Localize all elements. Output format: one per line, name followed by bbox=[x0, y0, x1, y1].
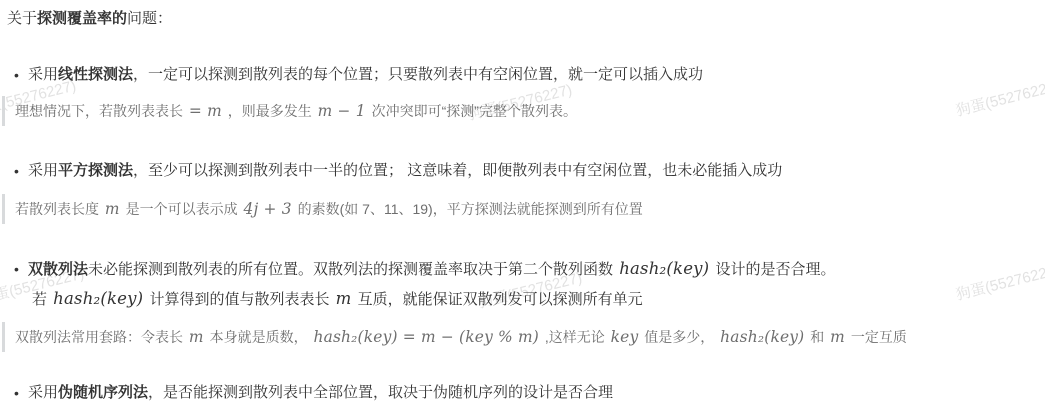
text-segment: 双散列法常用套路：令表长 bbox=[15, 329, 187, 345]
text-segment: 双散列法 bbox=[28, 261, 88, 278]
text-segment: 值是多少， bbox=[640, 329, 718, 345]
text-segment: 采用 bbox=[28, 66, 58, 83]
inline-math: hash₂(key) = m − (key % m) bbox=[311, 328, 541, 346]
inline-math: hash₂(key) bbox=[718, 328, 806, 346]
quote-note-double-hashing: 双散列法常用套路：令表长 m 本身就是质数， hash₂(key) = m − … bbox=[2, 322, 919, 352]
bullet-marker-icon: • bbox=[14, 64, 28, 86]
text-segment: 采用 bbox=[28, 384, 58, 401]
inline-math: hash₂(key) bbox=[617, 259, 711, 278]
quote-note-linear-probing: 理想情况下，若散列表表长 = m ，则最多发生 m − 1 次冲突即可“探测”完… bbox=[2, 96, 589, 126]
bullet-text: 双散列法未必能探测到散列表的所有位置。双散列法的探测覆盖率取决于第二个散列函数 … bbox=[28, 258, 836, 311]
text-segment: 和 bbox=[806, 329, 828, 345]
page-title: 关于探测覆盖率的问题： bbox=[7, 8, 172, 30]
text-segment: 一定互质 bbox=[847, 329, 907, 345]
text-segment: 若 bbox=[32, 291, 51, 308]
text-segment: 若散列表长度 bbox=[15, 201, 103, 217]
text-segment: 未必能探测到散列表的所有位置。双散列法的探测覆盖率取决于第二个散列函数 bbox=[88, 261, 617, 278]
text-segment: 是一个可以表示成 bbox=[122, 201, 242, 217]
text-segment: 伪随机序列法 bbox=[58, 384, 148, 401]
bullet-item-double-hashing: • 双散列法未必能探测到散列表的所有位置。双散列法的探测覆盖率取决于第二个散列函… bbox=[14, 258, 1034, 311]
inline-math: hash₂(key) bbox=[51, 289, 145, 308]
inline-math: = m bbox=[187, 102, 224, 120]
notes-document: 狗蛋(55276227) 狗蛋(55276227) 狗蛋(55276227) 狗… bbox=[0, 0, 1045, 419]
inline-math: m bbox=[334, 289, 354, 308]
bullet-text: 采用线性探测法，一定可以探测到散列表的每个位置；只要散列表中有空闲位置，就一定可… bbox=[28, 64, 703, 86]
bullet-marker-icon: • bbox=[14, 382, 28, 404]
text-segment: 关于 bbox=[7, 10, 37, 27]
text-segment: 次冲突即可“探测”完整个散列表。 bbox=[368, 103, 577, 119]
bullet-text-line-1: 双散列法未必能探测到散列表的所有位置。双散列法的探测覆盖率取决于第二个散列函数 … bbox=[28, 258, 836, 281]
bullet-item-quadratic-probing: • 采用平方探测法，至少可以探测到散列表中一半的位置； 这意味着，即便散列表中有… bbox=[14, 160, 782, 182]
bullet-marker-icon: • bbox=[14, 258, 28, 280]
text-segment: 本身就是质数， bbox=[206, 329, 312, 345]
text-segment: 线性探测法 bbox=[58, 66, 133, 83]
text-segment: ，是否能探测到散列表中全部位置，取决于伪随机序列的设计是否合理 bbox=[148, 384, 613, 401]
quote-note-quadratic-probing: 若散列表长度 m 是一个可以表示成 4j + 3 的素数(如 7、11、19)，… bbox=[2, 194, 655, 224]
text-segment: 采用 bbox=[28, 162, 58, 179]
bullet-item-pseudo-random-sequence: • 采用伪随机序列法，是否能探测到散列表中全部位置，取决于伪随机序列的设计是否合… bbox=[14, 382, 613, 404]
inline-math: m bbox=[187, 328, 206, 346]
inline-math: m bbox=[103, 200, 122, 218]
text-segment: ，一定可以探测到散列表的每个位置；只要散列表中有空闲位置，就一定可以插入成功 bbox=[133, 66, 703, 83]
text-segment: 设计的是否合理。 bbox=[711, 261, 835, 278]
bullet-text-line-2: 若 hash₂(key) 计算得到的值与散列表表长 m 互质，就能保证双散列发可… bbox=[32, 288, 836, 311]
text-segment: 互质，就能保证双散列发可以探测所有单元 bbox=[354, 291, 643, 308]
watermark: 狗蛋(55276227) bbox=[953, 74, 1045, 120]
inline-math: m bbox=[828, 328, 847, 346]
text-segment: 问题： bbox=[127, 10, 172, 27]
text-segment: 的素数(如 7、11、19)，平方探测法就能探测到所有位置 bbox=[294, 201, 643, 217]
text-segment: 平方探测法 bbox=[58, 162, 133, 179]
text-segment: 计算得到的值与散列表表长 bbox=[145, 291, 333, 308]
text-segment: ,这样无论 bbox=[541, 329, 609, 345]
inline-math: key bbox=[609, 328, 641, 346]
inline-math: 4j + 3 bbox=[241, 200, 293, 218]
bullet-text: 采用伪随机序列法，是否能探测到散列表中全部位置，取决于伪随机序列的设计是否合理 bbox=[28, 382, 613, 404]
text-segment: 理想情况下，若散列表表长 bbox=[15, 103, 187, 119]
bullet-marker-icon: • bbox=[14, 160, 28, 182]
text-segment: ，至少可以探测到散列表中一半的位置； 这意味着，即便散列表中有空闲位置，也未必能… bbox=[133, 162, 782, 179]
text-segment: 探测覆盖率的 bbox=[37, 10, 127, 27]
text-segment: ，则最多发生 bbox=[224, 103, 316, 119]
bullet-item-linear-probing: • 采用线性探测法，一定可以探测到散列表的每个位置；只要散列表中有空闲位置，就一… bbox=[14, 64, 703, 86]
inline-math: m − 1 bbox=[316, 102, 368, 120]
bullet-text: 采用平方探测法，至少可以探测到散列表中一半的位置； 这意味着，即便散列表中有空闲… bbox=[28, 160, 782, 182]
